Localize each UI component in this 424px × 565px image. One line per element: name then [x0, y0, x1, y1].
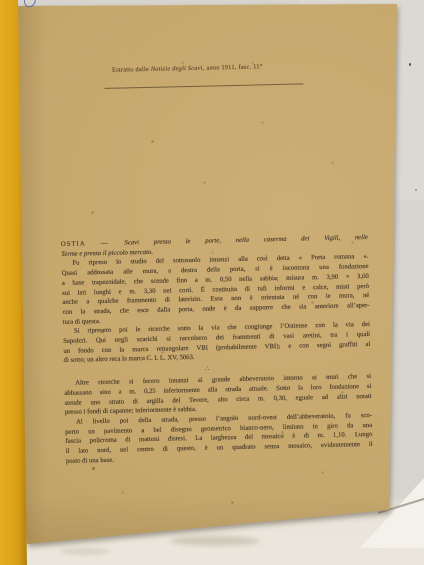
extract-note-journal-title: Notizie degli Scavi — [151, 65, 203, 73]
blank-area — [57, 83, 367, 240]
extract-note: Estratto dalle Notizie degli Scavi, anno… — [112, 61, 364, 75]
document-page: Estratto dalle Notizie degli Scavi, anno… — [0, 0, 424, 565]
page-shadow-wrapper: Estratto dalle Notizie degli Scavi, anno… — [0, 0, 424, 565]
photo-backdrop: Estratto dalle Notizie degli Scavi, anno… — [0, 0, 424, 565]
article-site-name: OSTIA — — [61, 240, 125, 248]
extract-note-post: , anno 1911, fasc. 11° — [203, 63, 263, 71]
stain-mark — [128, 0, 182, 8]
page-content: Estratto dalle Notizie degli Scavi, anno… — [57, 61, 373, 466]
extract-note-pre: Estratto dalle — [112, 66, 151, 74]
